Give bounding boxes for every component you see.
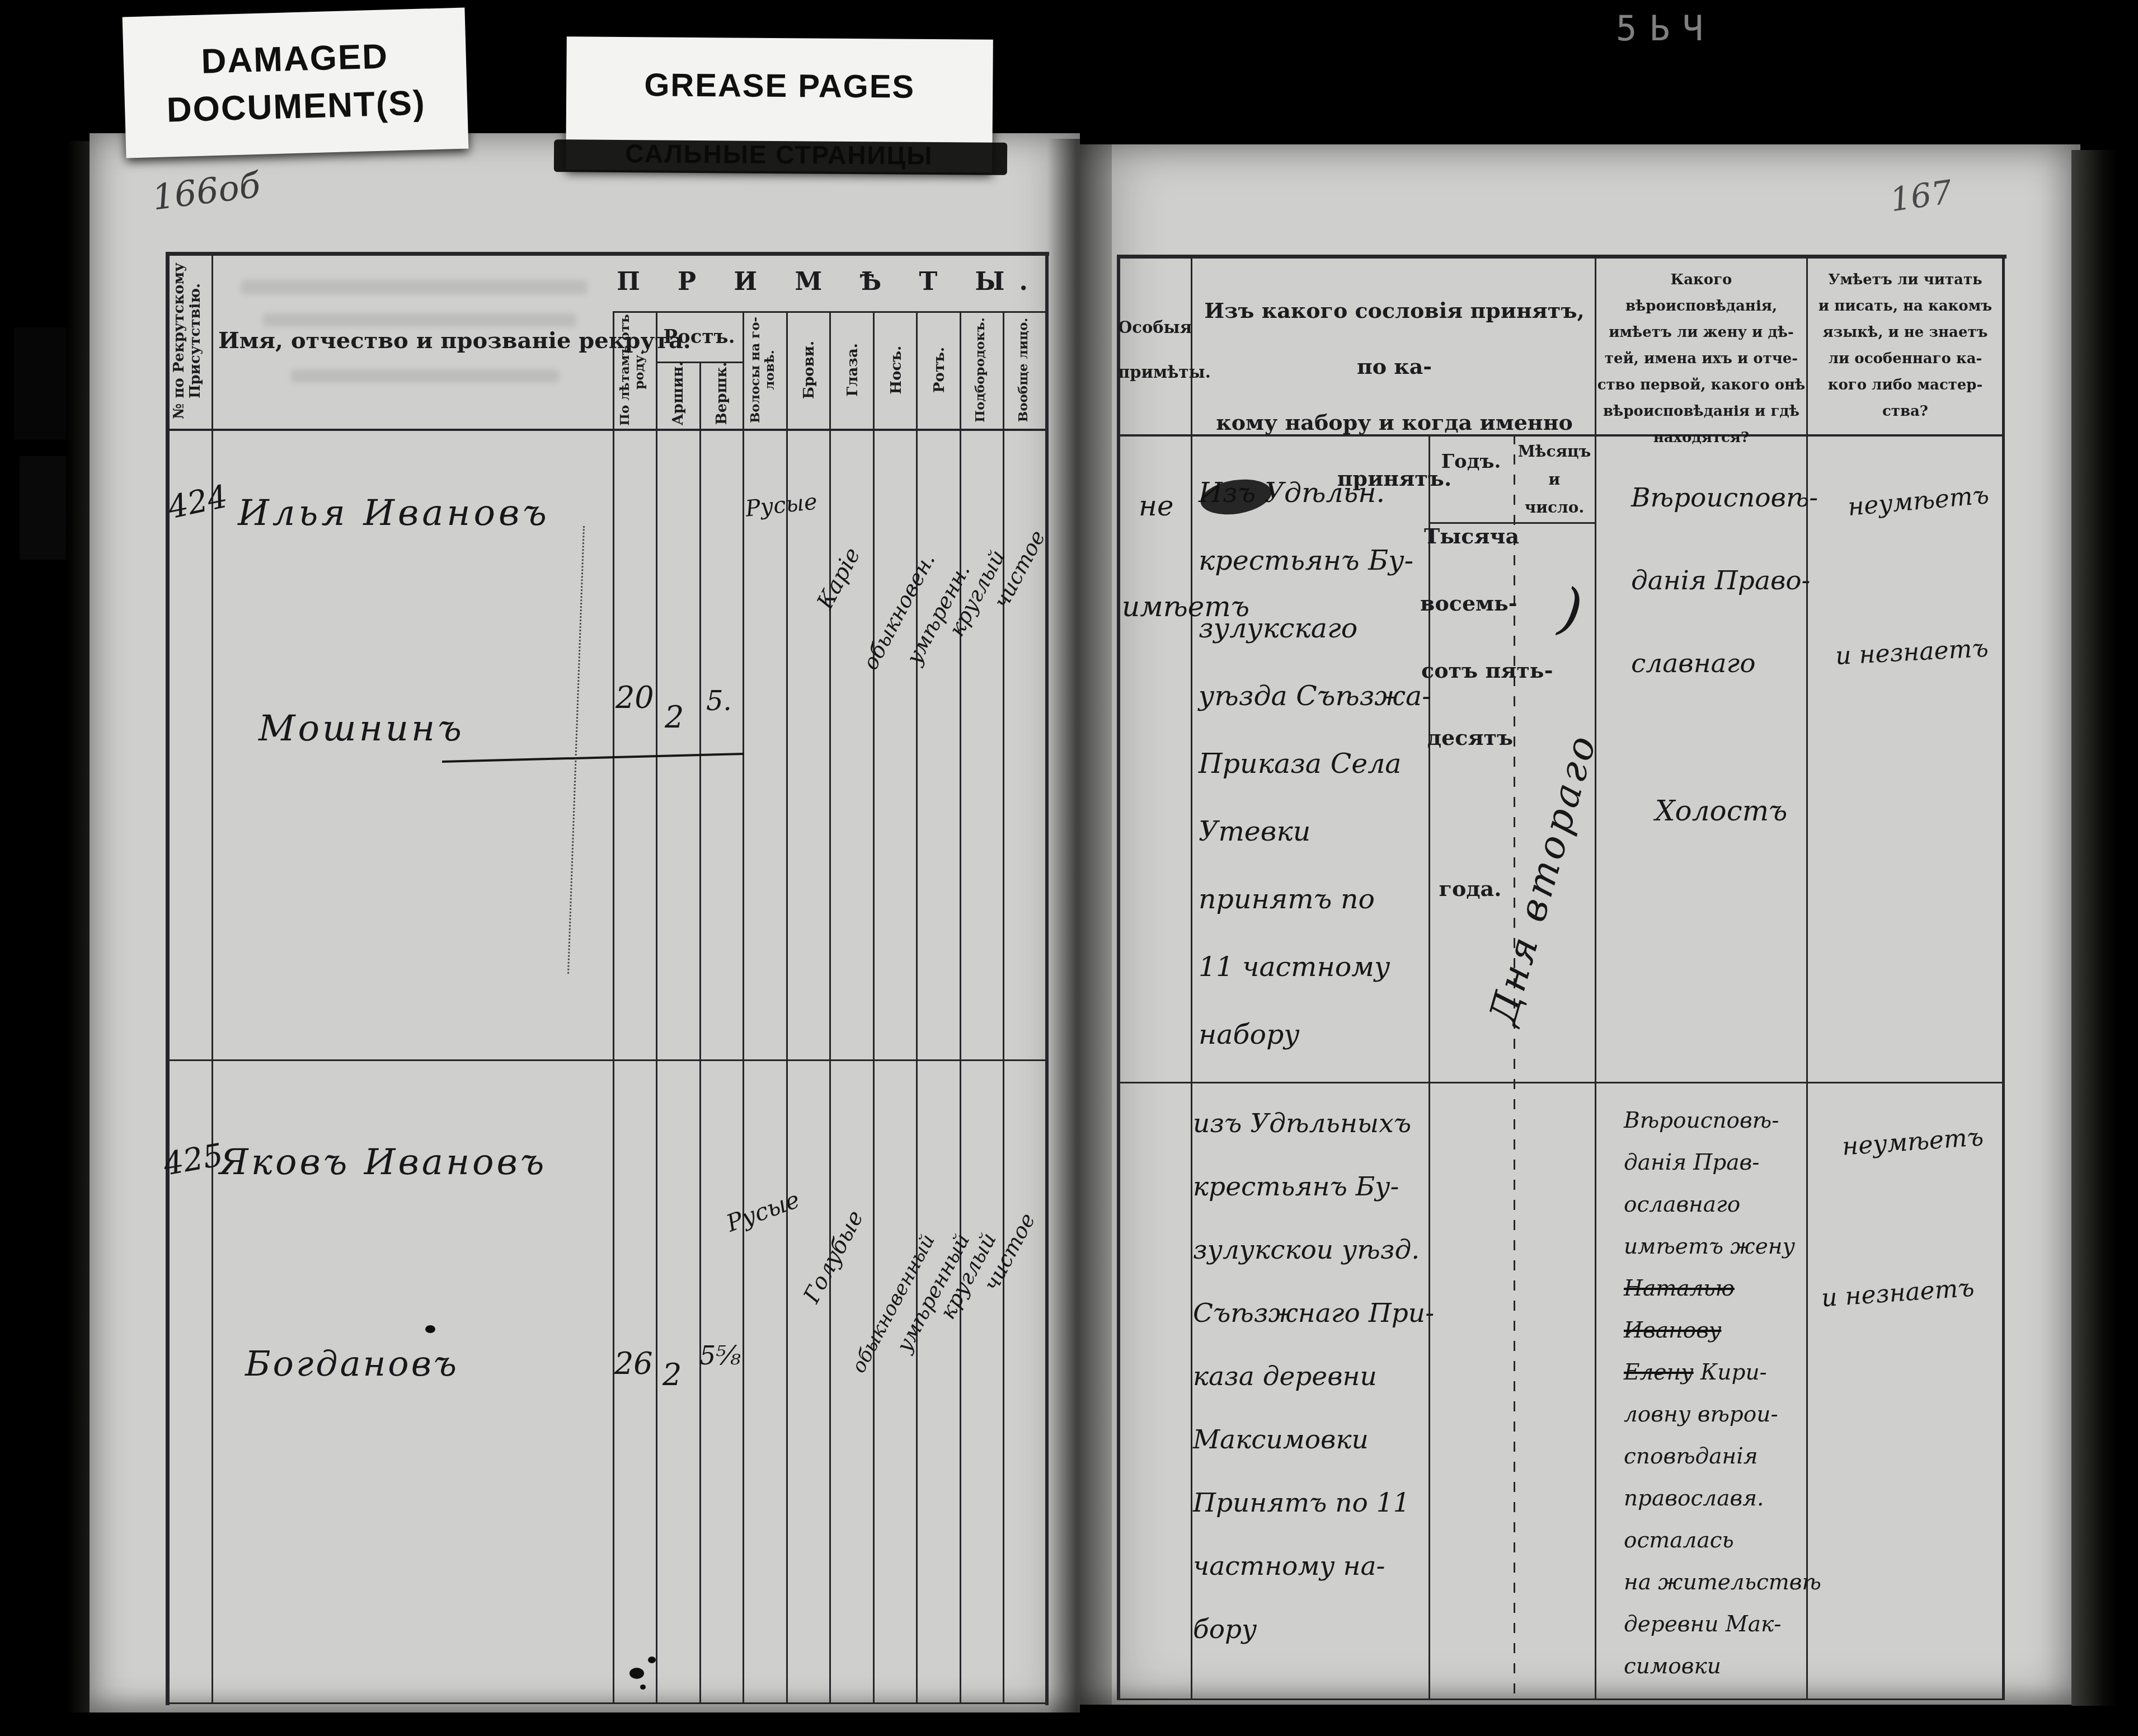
ink-blot: [629, 1668, 644, 1679]
row2-age: 26: [614, 1346, 653, 1381]
table-rule: [829, 311, 831, 1704]
damaged-document-label: DAMAGED DOCUMENT(S): [123, 8, 469, 158]
ink-blot: [648, 1657, 656, 1663]
col-header-arshin: Аршин.: [670, 360, 687, 426]
row2-vershok: 5⅝: [699, 1340, 741, 1371]
table-rule: [1117, 255, 1120, 1700]
col-header-chin: Подбородокъ.: [973, 312, 988, 428]
col-header-age: По лѣтамъ отъроду.: [618, 312, 647, 428]
table-rule: [1045, 252, 1049, 1705]
col-header-religion-family: Какого вѣроисповѣданія,имѣетъ ли жену и …: [1596, 267, 1806, 451]
table-rule-dashed: [1514, 434, 1515, 1699]
col-header-recruit-number: № по РекрутскомуПрисутствію.: [171, 255, 204, 426]
row1-year-printed: десятъ: [1424, 725, 1516, 750]
col-header-literacy: Умѣетъ ли читатьи писать, на какомъязыкѣ…: [1808, 267, 2002, 425]
table-rule: [743, 311, 744, 1704]
struck-name: Наталью: [1624, 1276, 1821, 1318]
row1-recruit-surname: Мошнинъ: [259, 708, 464, 749]
table-rule: [1003, 311, 1004, 1704]
ink-blot: [640, 1685, 646, 1690]
table-rule: [166, 252, 170, 1705]
table-rule: [168, 1702, 1046, 1704]
bleedthrough-smudge: [241, 280, 588, 294]
row1-special-marks-line1: не: [1139, 490, 1174, 522]
row2-estate-note: изъ Удѣльныхъ крестьянъ Бу- зулукскои уѣ…: [1193, 1108, 1434, 1677]
subcol-header-year: Годъ.: [1429, 451, 1514, 473]
col-header-brows: Брови.: [801, 312, 817, 428]
table-rule: [960, 311, 961, 1704]
row1-age: 20: [615, 680, 654, 715]
film-counter-marks: 5ЬЧ: [1616, 8, 1716, 49]
table-rule: [212, 252, 213, 1704]
col-header-eyes: Глаза.: [845, 312, 861, 428]
table-rule: [656, 311, 657, 1704]
row1-arshin: 2: [665, 700, 684, 735]
row1-year-printed: восемь-: [1420, 590, 1512, 616]
row2-religion-note: Вѣроисповѣ- данія Прав- ославнаго имѣетъ…: [1624, 1108, 1821, 1696]
col-header-vershok: Вершк.: [714, 360, 730, 426]
table-rule: [2002, 255, 2005, 1700]
col-header-face: Вообще лицо.: [1016, 312, 1031, 428]
col-header-nose: Носъ.: [889, 312, 905, 428]
table-rule: [168, 1059, 1046, 1061]
damaged-label-line2: DOCUMENT(S): [124, 82, 468, 131]
bleedthrough-smudge: [291, 369, 560, 383]
col-header-height: Ростъ.: [656, 326, 743, 348]
table-rule: [699, 362, 701, 1704]
ink-blot: [425, 1325, 435, 1333]
damaged-label-line1: DAMAGED: [123, 34, 467, 83]
row1-marital-status: Холостъ: [1655, 795, 1787, 827]
table-rule: [1118, 1699, 2005, 1700]
row1-year-printed: года.: [1424, 876, 1516, 901]
book-edge-right: [2071, 150, 2116, 1706]
row1-year-printed: Тысяча: [1424, 523, 1516, 548]
struck-name: Елену: [1624, 1360, 1694, 1385]
table-rule: [1118, 255, 2007, 259]
row1-religion-note: Вѣроисповѣ- данія Право- славнаго: [1631, 482, 1818, 731]
row2-arshin: 2: [662, 1357, 682, 1392]
table-rule: [786, 311, 788, 1704]
col-header-name: Имя, отчество и прозваніе рекрута.: [218, 327, 610, 354]
row1-recruit-name: Илья Ивановъ: [238, 492, 550, 534]
grease-label-en: GREASE PAGES: [566, 65, 993, 106]
microfilm-scan: DAMAGED DOCUMENT(S) GREASE PAGES САЛЬНЫЕ…: [0, 0, 2138, 1736]
row1-vershok: 5.: [706, 686, 732, 717]
table-rule: [916, 311, 918, 1704]
table-rule: [613, 311, 614, 1704]
row1-estate-note: Изъ Удѣльн. крестьянъ Бу- зулукскаго уѣз…: [1199, 477, 1431, 1086]
row1-year-printed: сотъ пять-: [1421, 658, 1519, 683]
bleedthrough-smudge: [263, 313, 576, 327]
col-header-special-marks: Особыяпримѣты.: [1118, 305, 1192, 395]
col-header-hair: Волосы на го-ловѣ.: [748, 312, 777, 428]
table-rule: [1191, 255, 1192, 1699]
col-header-mouth: Ротъ.: [932, 312, 948, 428]
struck-name: Иванову: [1624, 1318, 1821, 1360]
subcol-header-month-day: Мѣсяцъичисло.: [1514, 438, 1595, 522]
book-gutter-shadow: [1047, 139, 1112, 1712]
row2-recruit-surname: Богдановъ: [245, 1343, 459, 1384]
table-rule: [167, 252, 1049, 256]
section-header-primety: П Р И М Ѣ Т Ы.: [613, 268, 1046, 296]
table-rule: [873, 311, 875, 1704]
label-ink-smear: [554, 139, 1007, 175]
row2-recruit-name: Яковъ Ивановъ: [219, 1142, 547, 1183]
